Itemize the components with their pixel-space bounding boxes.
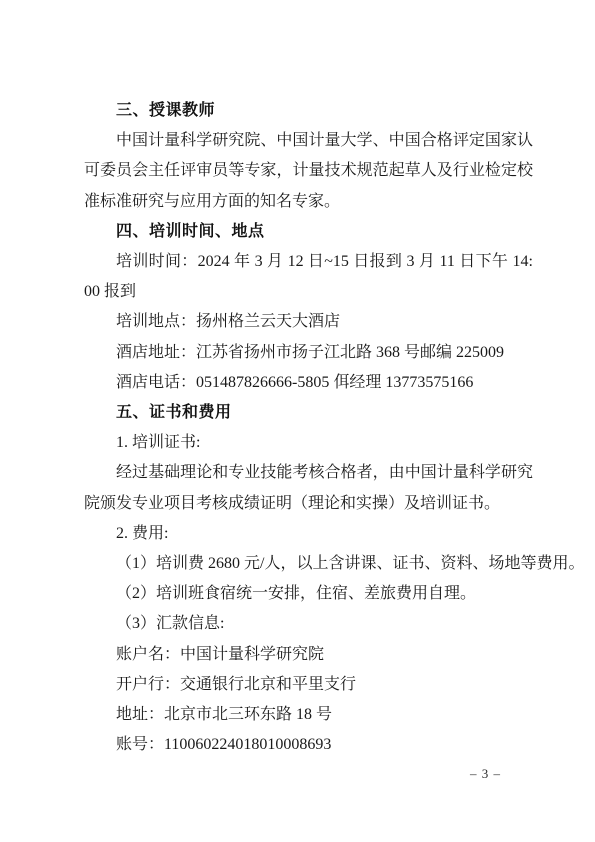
document-body: 三、授课教师 中国计量科学研究院、中国计量大学、中国合格评定国家认可委员会主任评… [84,96,533,760]
hotel-address-line: 酒店地址：江苏省扬州市扬子江北路 368 号邮编 225009 [84,338,533,368]
bank-name-line: 开户行：交通银行北京和平里支行 [84,670,533,700]
training-time-line: 培训时间：2024 年 3 月 12 日~15 日报到 3 月 11 日下午 1… [84,247,533,307]
hotel-phone-line: 酒店电话：051487826666-5805 佴经理 13773575166 [84,368,533,398]
training-location-line: 培训地点：扬州格兰云天大酒店 [84,307,533,337]
fee-detail-2: （2）培训班食宿统一安排，住宿、差旅费用自理。 [84,579,533,609]
fee-item-title: 2. 费用: [84,519,533,549]
account-name-line: 账户名：中国计量科学研究院 [84,640,533,670]
section-teachers-body: 中国计量科学研究院、中国计量大学、中国合格评定国家认可委员会主任评审员等专家，计… [84,126,533,217]
section-teachers-heading: 三、授课教师 [84,96,533,126]
fee-detail-1: （1）培训费 2680 元/人，以上含讲课、证书、资料、场地等费用。 [84,549,533,579]
certificate-item-body: 经过基础理论和专业技能考核合格者，由中国计量科学研究院颁发专业项目考核成绩证明（… [84,458,533,518]
bank-address-line: 地址：北京市北三环东路 18 号 [84,700,533,730]
section-schedule-heading: 四、培训时间、地点 [84,217,533,247]
certificate-item-title: 1. 培训证书: [84,428,533,458]
account-number-line: 账号：110060224018010008693 [84,730,533,760]
remittance-info-title: （3）汇款信息: [84,609,533,639]
section-certificate-fee-heading: 五、证书和费用 [84,398,533,428]
page-number: – 3 – [470,766,501,782]
document-page: 三、授课教师 中国计量科学研究院、中国计量大学、中国合格评定国家认可委员会主任评… [0,0,595,842]
